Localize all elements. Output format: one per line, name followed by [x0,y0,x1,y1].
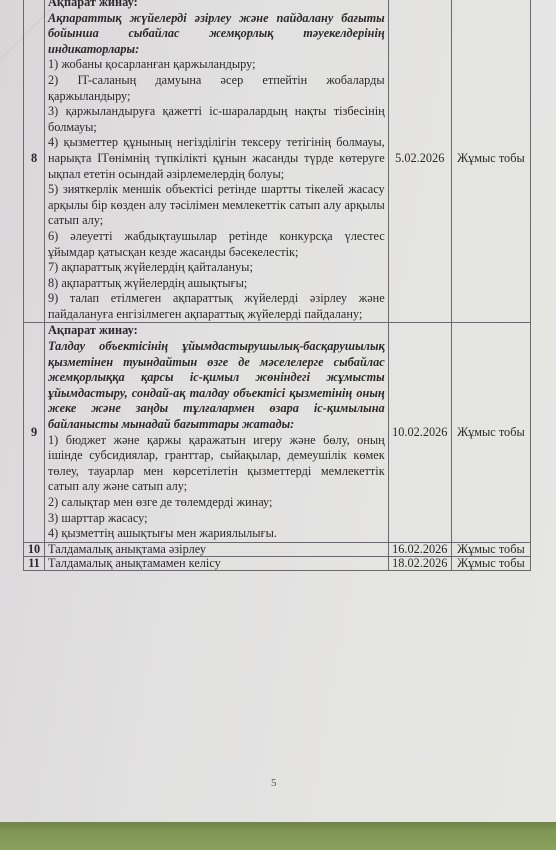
row-date: 5.02.2026 [388,0,451,323]
green-background-surface [0,822,556,850]
document-page: 8 Ақпарат жинау: Ақпараттық жүйелерді әз… [0,0,556,822]
list-item: 7) ақпараттық жүйелердің қайталануы; [48,260,385,276]
list-item: 1) жобаны қосарланған қаржыландыру; [48,57,385,73]
row-date: 10.02.2026 [388,323,451,542]
row-date: 16.02.2026 [388,542,451,556]
row-heading: Ақпарат жинау: [48,323,385,339]
row-content: Талдамалық анықтама әзірлеу [45,542,389,556]
action-plan-table: 8 Ақпарат жинау: Ақпараттық жүйелерді әз… [23,0,531,571]
row-date: 18.02.2026 [388,556,451,570]
list-item: 2) IT-саланың дамуына әсер етпейтін жоба… [48,73,385,104]
row-number: 11 [24,556,45,570]
row-number: 10 [24,542,45,556]
row-responsible: Жұмыс тобы [451,542,530,556]
table-row-8: 8 Ақпарат жинау: Ақпараттық жүйелерді әз… [24,0,531,323]
list-item: 6) әлеуетті жабдықтаушылар ретінде конку… [48,229,385,260]
list-item: 9) талап етілмеген ақпараттық жүйелерді … [48,291,385,322]
list-item: 5) зияткерлік меншік объектісі ретінде ш… [48,182,385,229]
table-row-9: 9 Ақпарат жинау: Талдау объектісінің ұйы… [24,323,531,542]
list-item: 3) қаржыландыруға қажетті іс-шаралардың … [48,104,385,135]
list-item: 4) қызметтің ашықтығы мен жариялылығы. [48,526,385,542]
row-content: Талдамалық анықтамамен келісу [45,556,389,570]
page-number: 5 [271,777,277,789]
row-responsible: Жұмыс тобы [451,556,530,570]
list-item: 2) салықтар мен өзге де төлемдерді жинау… [48,495,385,511]
table-row-11: 11 Талдамалық анықтамамен келісу 18.02.2… [24,556,531,570]
list-item: 8) ақпараттық жүйелердің ашықтығы; [48,276,385,292]
list-item: 4) қызметтер құнының негізділігін тексер… [48,135,385,182]
row-subheading: Ақпараттық жүйелерді әзірлеу және пайдал… [48,11,385,58]
row-number: 8 [24,0,45,323]
row-content: Ақпарат жинау: Талдау объектісінің ұйымд… [45,323,389,542]
row-responsible: Жұмыс тобы [451,323,530,542]
table-row-10: 10 Талдамалық анықтама әзірлеу 16.02.202… [24,542,531,556]
row-responsible: Жұмыс тобы [451,0,530,323]
list-item: 1) бюджет және қаржы қаражатын игеру жән… [48,433,385,495]
row-content: Ақпарат жинау: Ақпараттық жүйелерді әзір… [45,0,389,323]
row-subheading: Талдау объектісінің ұйымдастырушылық-бас… [48,339,385,433]
row-heading: Ақпарат жинау: [48,0,385,11]
row-number: 9 [24,323,45,542]
list-item: 3) шарттар жасасу; [48,511,385,527]
